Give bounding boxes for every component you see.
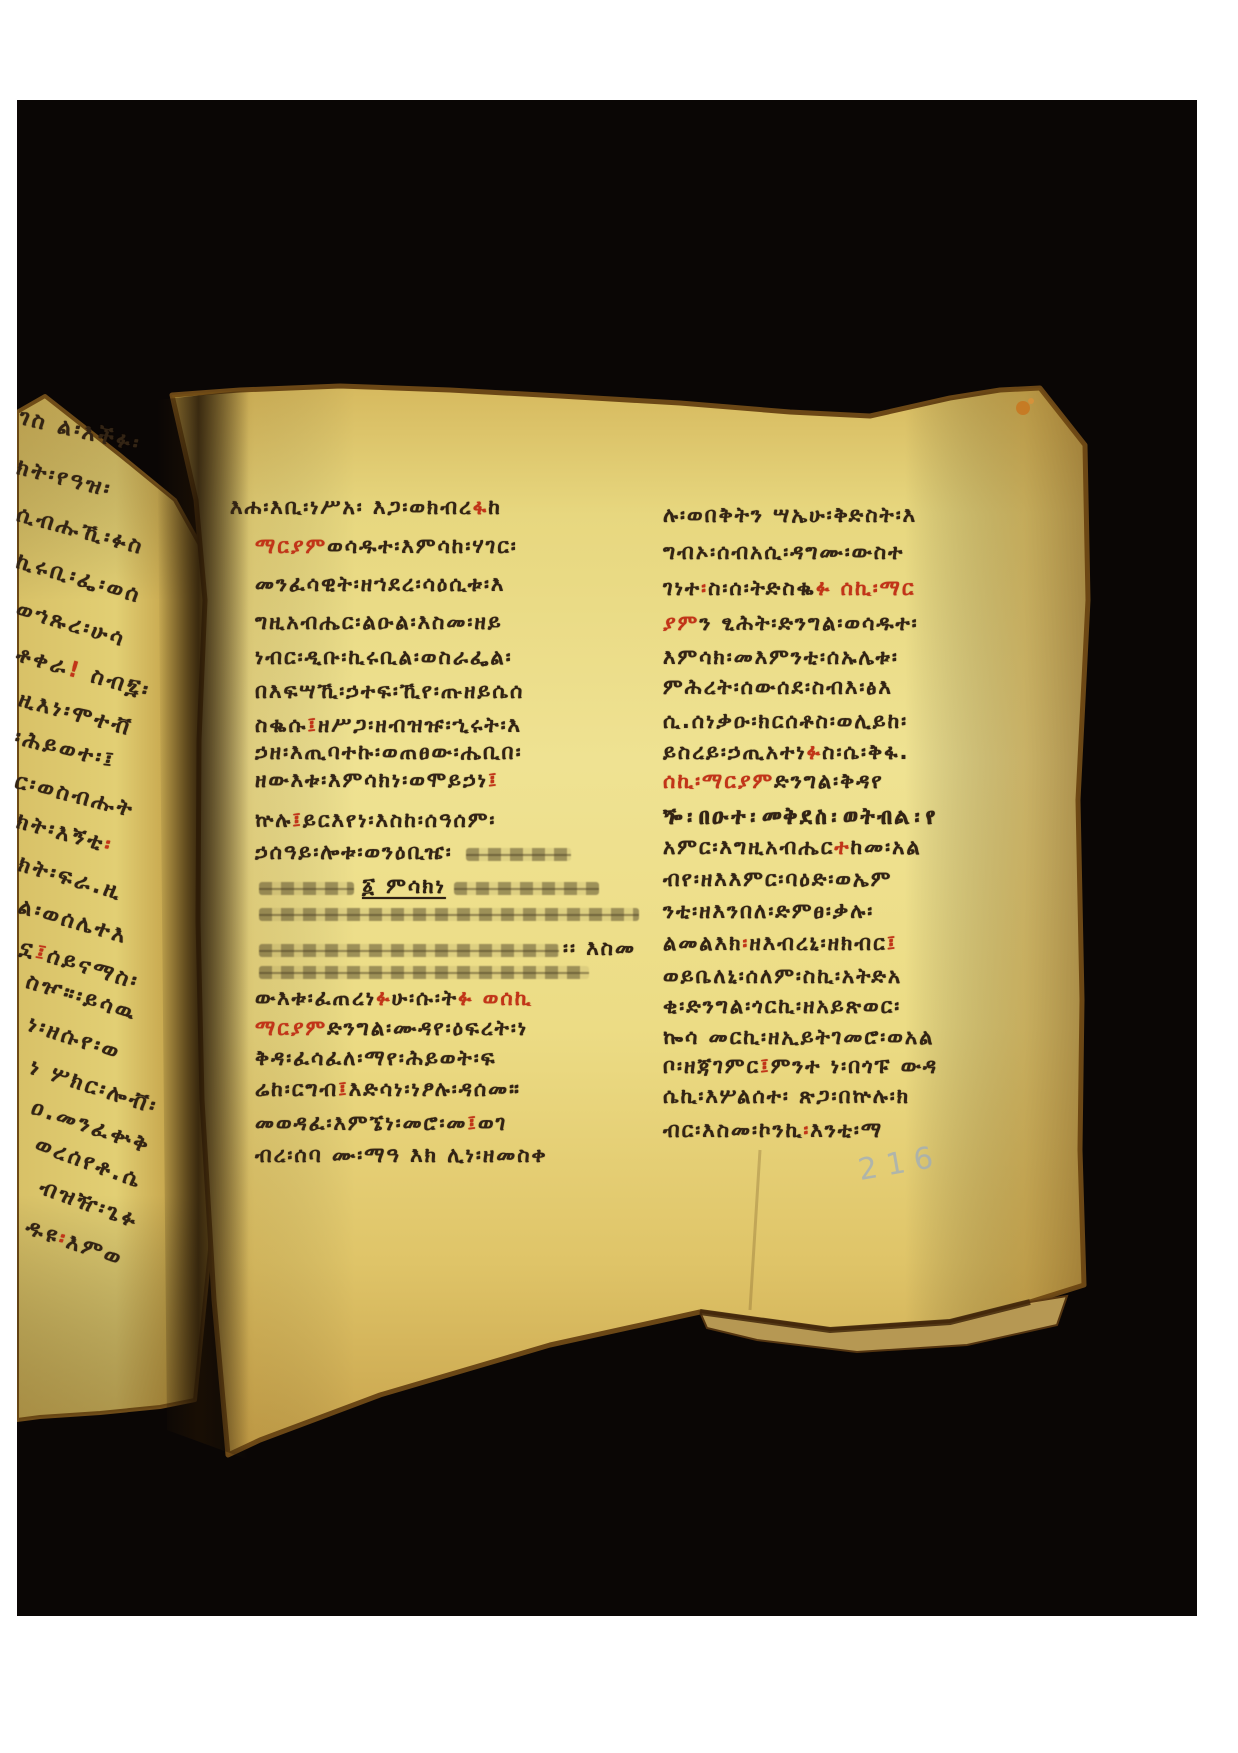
ink-segment: መወዳፈ፡እምኜነ፡መሮ፡መ — [255, 1111, 467, 1135]
manuscript-line: ውእቱ፡ፈጠረነፉሁ፡ሱ፡ትፉ ወሰኪ — [255, 986, 533, 1010]
manuscript-line: ምሕረት፡ሰውሰደ፡ስብእ፡ፅእ — [663, 675, 893, 699]
manuscript-line: ፩ ምሳክነ — [255, 874, 603, 898]
manuscript-line — [255, 964, 593, 977]
rubric-segment: ፤ — [760, 1054, 771, 1078]
ink-segment: እንቲ፡ማ — [810, 1118, 883, 1142]
rubric-segment: ፤ — [292, 808, 303, 832]
manuscript-line: ወይቤለኒ፡ሰለም፡ስኪ፡አትድአ — [663, 964, 902, 988]
manuscript-line: ብረ፡ሰባ ሙ፡ማዓ እክ ሊነ፡ዘመስቀ — [255, 1143, 548, 1167]
ink-segment: ነብር፡ዲቡ፡ኪሩቢል፡ወስራፌል፡ — [255, 645, 513, 669]
ink-segment: ብር፡እስመ፡ኮንኪ — [663, 1118, 803, 1142]
ink-segment: ከ — [488, 495, 502, 519]
rubric-segment: ፤ — [467, 1111, 478, 1135]
ink-segment: ይርእየነ፡እስከ፡ሰዓሰም፡ — [303, 808, 496, 832]
ink-segment: ሁ፡ሱ፡ት — [392, 986, 458, 1010]
manuscript-line: ልመልእክ፡ዘእብረኒ፡ዘክብር፤ — [663, 931, 897, 955]
ink-segment: ኃዘ፡እጢባተኩ፡ወጠፀው፡ሔቢበ፡ — [255, 740, 523, 764]
manuscript-line — [255, 906, 643, 919]
ink-segment: ይስረይ፡ኃጢአተነ — [663, 740, 807, 764]
manuscript-line: ሲ.ሰነቃዑ፡ክርሰቶስ፡ወሊይከ፡ — [663, 709, 908, 733]
rubric-segment: ማርያም — [255, 534, 327, 558]
section-heading-text: ፩ ምሳክነ — [358, 874, 450, 898]
ink-segment: ፡፡ እስመ — [563, 936, 636, 960]
ink-segment: ውእቱ፡ፈጠረነ — [255, 986, 376, 1010]
manuscript-line: ይስረይ፡ኃጢአተነፉስ፡ሴ፡ቅፋ. — [663, 740, 909, 764]
manuscript-line: መወዳፈ፡እምኜነ፡መሮ፡መ፤ወገ — [255, 1111, 507, 1135]
rubric-segment: ፋ — [473, 495, 488, 519]
manuscript-line: ሬከ፡ርግብ፤እድሳነ፡ነፆሉ፡ዳሰመ። — [255, 1077, 521, 1101]
erased-text-mark — [454, 882, 599, 895]
rubric-segment: ተ — [834, 835, 850, 859]
manuscript-line: ሉ፡ወበቅትን ሣኤሁ፡ቅድስት፡እ — [663, 503, 917, 527]
manuscript-line: ኰሳ መርኪ፡ዘኢይትገመሮ፡ወአል — [663, 1025, 934, 1049]
ink-segment: ብየ፡ዘእእምር፡ባዕድ፡ወኤም — [663, 867, 892, 891]
manuscript-line: በእፍሣኺ፡ኃተፍ፡ኺየ፡ጡዘይሴሰ — [255, 679, 524, 703]
rubric-segment: ማርያም — [255, 1016, 327, 1040]
ink-segment: ሴኪ፡እሦልሰተ፡ ጽጋ፡በኵሉ፡ክ — [663, 1084, 910, 1108]
ink-segment: እድሳነ፡ነፆሉ፡ዳሰመ። — [349, 1077, 521, 1101]
rubric-segment: ፉ — [807, 740, 822, 764]
manuscript-line: ቦ፡ዘጃገምር፤ምንተ ነ፡በጎፑ ውዳ — [663, 1054, 938, 1078]
erased-text-mark — [259, 966, 589, 979]
rubric-segment: ፤ — [887, 931, 898, 955]
ink-segment: እሐ፡እቢ፡ነሥአ፡ እጋ፡ወክብረ — [230, 495, 473, 519]
manuscript-line: ብር፡እስመ፡ኮንኪ፡እንቲ፡ማ — [663, 1118, 883, 1142]
ink-segment: መንፈሳዊት፡ዘኀደረ፡ሳዕሲቱ፡እ — [255, 572, 505, 596]
ink-segment: ብረ፡ሰባ ሙ፡ማዓ እክ ሊነ፡ዘመስቀ — [255, 1143, 548, 1167]
rubric-segment: ፉ ሰኪ፡ማር — [816, 576, 916, 600]
ink-segment: ገነተ — [663, 576, 701, 600]
ink-segment: ወገ — [478, 1111, 507, 1135]
ink-segment: ቅዳ፡ፈሳፈለ፡ማየ፡ሕይወት፡ፍ — [255, 1046, 497, 1070]
erased-text-mark — [259, 882, 354, 895]
ink-segment: አምር፡እግዚአብሔር — [663, 835, 834, 859]
rubric-segment: ያም — [663, 611, 699, 635]
burn-spot — [1016, 401, 1030, 415]
manuscript-line: ቅዳ፡ፈሳፈለ፡ማየ፡ሕይወት፡ፍ — [255, 1046, 497, 1070]
manuscript-line: ያምን ፂሕት፡ድንግል፡ወሳዱተ፡ — [663, 611, 919, 635]
manuscript-line: ⶓ፡በዑተ፡መቅደስ፡ወትብል፡የ — [663, 805, 937, 829]
manuscript-line: ማርያምድንግል፡ሙዳየ፡ዕፍረት፡ነ — [255, 1016, 528, 1040]
rubric-segment: ፉ ወሰኪ — [458, 986, 533, 1010]
burn-spot-highlight — [1028, 398, 1034, 404]
ink-segment: ሲ.ሰነቃዑ፡ክርሰቶስ፡ወሊይከ፡ — [663, 709, 908, 733]
ink-segment: በእፍሣኺ፡ኃተፍ፡ኺየ፡ጡዘይሴሰ — [255, 679, 524, 703]
manuscript-line: እምሳክ፡መእምንቲ፡ሰኡሌቱ፡ — [663, 645, 899, 669]
ink-segment: ቂ፡ድንግል፡ጎርኪ፡ዘአይጽወር፡ — [663, 994, 901, 1018]
manuscript-line: ፡፡ እስመ — [255, 936, 636, 960]
manuscript-line: ቂ፡ድንግል፡ጎርኪ፡ዘአይጽወር፡ — [663, 994, 901, 1018]
rubric-segment: ፉ — [376, 986, 391, 1010]
ink-segment: ወሳዱተ፡እምሳከ፡ሃገር፡ — [327, 534, 518, 558]
photo-background — [17, 100, 1197, 1616]
manuscript-photo-frame: ገስ ል፡እችፉ፡ክት፡የዓዝ፡ሲብሑኺ፡ፉስኪሩቢ፡ፌ፡ወሰወኀጹረ፡ሁሳቶቀ… — [0, 0, 1238, 1753]
manuscript-line: ገነተ፡ስ፡ሰ፡ትድስቈፉ ሰኪ፡ማር — [663, 576, 916, 600]
ink-segment: ን ፂሕት፡ድንግል፡ወሳዱተ፡ — [699, 611, 918, 635]
ink-segment: ሉ፡ወበቅትን ሣኤሁ፡ቅድስት፡እ — [663, 503, 917, 527]
manuscript-line: ግብኦ፡ሰብአሲ፡ዳግሙ፡ውስተ — [663, 540, 904, 564]
ink-segment: ዘሥጋ፡ዘብዝዡ፡ኂሩት፡እ — [318, 713, 522, 737]
manuscript-line: አምር፡እግዚአብሔርተከመ፡አል — [663, 835, 922, 859]
ink-segment: ግብኦ፡ሰብአሲ፡ዳግሙ፡ውስተ — [663, 540, 904, 564]
ink-segment: ኰሳ መርኪ፡ዘኢይትገመሮ፡ወአል — [663, 1025, 934, 1049]
ink-segment: ወይቤለኒ፡ሰለም፡ስኪ፡አትድአ — [663, 964, 902, 988]
rubric-segment: ፤ — [338, 1077, 349, 1101]
erased-text-mark — [259, 908, 639, 921]
manuscript-line: ኃሰዓይ፡ሎቱ፡ወንዕቢዤ፡ — [255, 840, 575, 864]
ink-segment: ኃሰዓይ፡ሎቱ፡ወንዕቢዤ፡ — [255, 840, 462, 864]
erased-text-mark — [466, 848, 571, 861]
ink-segment: ኵሉ — [255, 808, 292, 832]
book-illustration — [17, 100, 1197, 1616]
ink-segment: ስ፡ሰ፡ትድስቈ — [708, 576, 816, 600]
ink-segment: እምሳክ፡መእምንቲ፡ሰኡሌቱ፡ — [663, 645, 899, 669]
manuscript-line: ሰኪ፡ማርያምድንግል፡ቅዳየ — [663, 769, 884, 793]
manuscript-line: ዘውእቱ፡እምሳክነ፡ወሞይኃነ፤ — [255, 768, 499, 792]
rubric-segment: ሰኪ፡ማርያም — [663, 769, 774, 793]
ink-segment: ንቲ፡ዘእንበለ፡ድምፀ፡ቃሉ፡ — [663, 899, 874, 923]
ink-segment: ቦ፡ዘጃገምር — [663, 1054, 760, 1078]
ink-segment: ሬከ፡ርግብ — [255, 1077, 338, 1101]
ink-segment: ግዚአብሔር፡ልዑል፡እስመ፡ዘይ — [255, 610, 503, 634]
ink-segment: ዘእብረኒ፡ዘክብር — [749, 931, 886, 955]
manuscript-line: ስቈሱ፤ዘሥጋ፡ዘብዝዡ፡ኂሩት፡እ — [255, 713, 522, 737]
ink-segment: ልመልእክ — [663, 931, 742, 955]
manuscript-line: ማርያምወሳዱተ፡እምሳከ፡ሃገር፡ — [255, 534, 518, 558]
manuscript-line: ግዚአብሔር፡ልዑል፡እስመ፡ዘይ — [255, 610, 503, 634]
ink-segment: ድንግል፡ቅዳየ — [774, 769, 883, 793]
erased-text-mark — [259, 944, 559, 957]
ink-segment: ምሕረት፡ሰውሰደ፡ስብእ፡ፅእ — [663, 675, 893, 699]
ink-segment: ድንግል፡ሙዳየ፡ዕፍረት፡ነ — [327, 1016, 528, 1040]
gutter-shadow — [157, 390, 249, 1460]
ink-segment: ስ፡ሴ፡ቅፋ. — [822, 740, 909, 764]
manuscript-line: ኵሉ፤ይርእየነ፡እስከ፡ሰዓሰም፡ — [255, 808, 496, 832]
rubric-segment: ፤ — [307, 713, 318, 737]
manuscript-line: መንፈሳዊት፡ዘኀደረ፡ሳዕሲቱ፡እ — [255, 572, 505, 596]
rubric-segment: ፤ — [488, 768, 499, 792]
manuscript-line: ሴኪ፡እሦልሰተ፡ ጽጋ፡በኵሉ፡ክ — [663, 1084, 910, 1108]
manuscript-line: ንቲ፡ዘእንበለ፡ድምፀ፡ቃሉ፡ — [663, 899, 874, 923]
manuscript-line: ነብር፡ዲቡ፡ኪሩቢል፡ወስራፌል፡ — [255, 645, 513, 669]
manuscript-line: እሐ፡እቢ፡ነሥአ፡ እጋ፡ወክብረፋከ — [230, 495, 502, 519]
ink-segment: ከመ፡አል — [851, 835, 922, 859]
ink-segment: ምንተ ነ፡በጎፑ ውዳ — [771, 1054, 938, 1078]
manuscript-line: ብየ፡ዘእእምር፡ባዕድ፡ወኤም — [663, 867, 892, 891]
manuscript-line: ኃዘ፡እጢባተኩ፡ወጠፀው፡ሔቢበ፡ — [255, 740, 523, 764]
ink-segment: ⶓ፡በዑተ፡መቅደስ፡ወትብል፡የ — [663, 805, 937, 829]
ink-segment: ዘውእቱ፡እምሳክነ፡ወሞይኃነ — [255, 768, 488, 792]
ink-segment: ስቈሱ — [255, 713, 307, 737]
